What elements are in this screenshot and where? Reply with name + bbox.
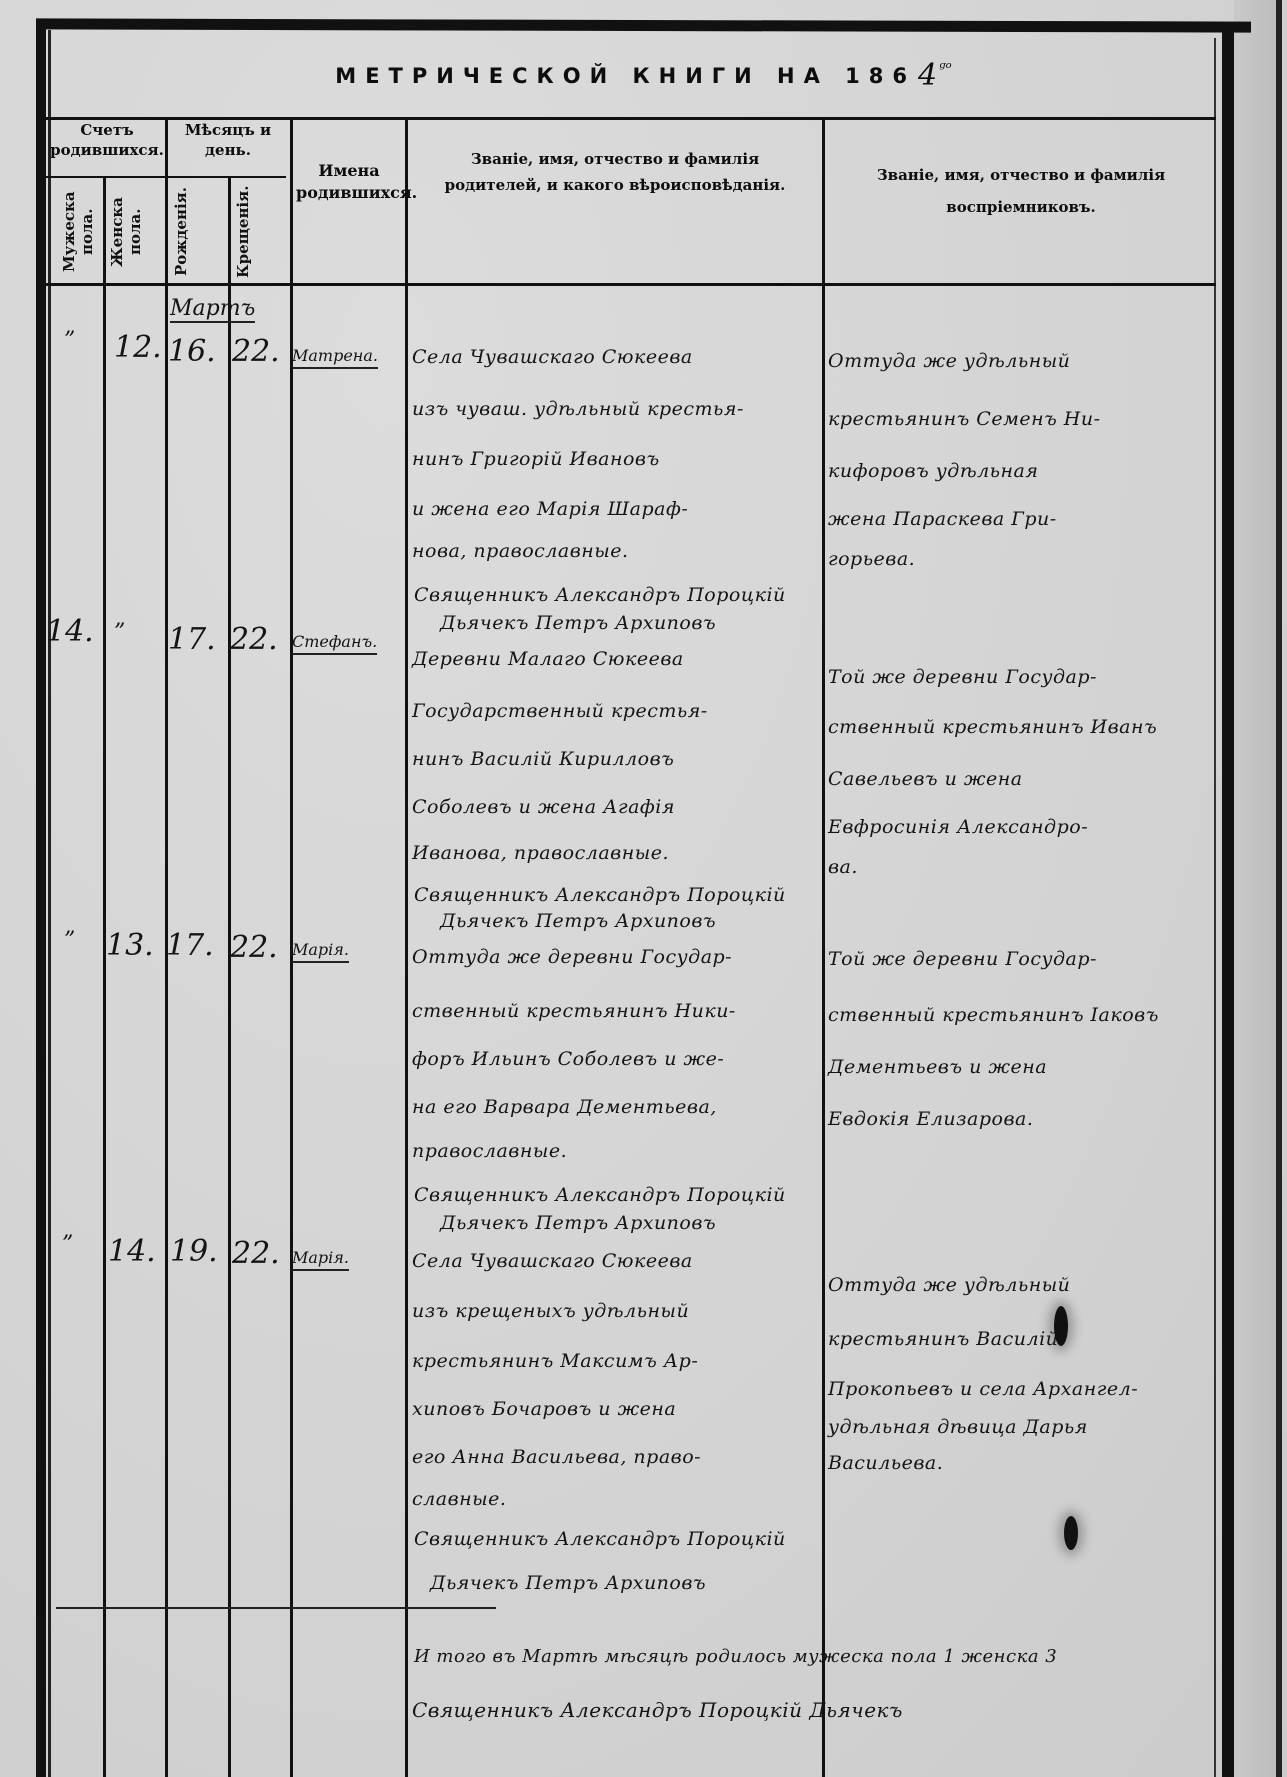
entry-baptism-day: 22. (232, 1236, 280, 1271)
header-parents: Званіе, имя, отчество и фамилія родителе… (420, 146, 810, 199)
entry-baptism-day: 22. (230, 930, 278, 965)
entry-child-name: Матрена. (292, 346, 378, 369)
godparents-line: удѣльная дѣвица Дарья (828, 1416, 1088, 1438)
summary-signatures: Священникъ Александръ Пороцкій Дьячекъ (412, 1698, 903, 1722)
clergy-line: Дьячекъ Петръ Архиповъ (440, 910, 716, 932)
parents-line: Оттуда же деревни Государ- (412, 946, 732, 968)
parents-line: нова, православные. (412, 540, 629, 562)
clergy-line: Дьячекъ Петръ Архиповъ (440, 612, 716, 634)
godparents-line: кифоровъ удѣльная (828, 460, 1038, 482)
godparents-line: Евфросинія Александро- (828, 816, 1088, 838)
parents-line: и жена его Марія Шараф- (412, 498, 688, 520)
page-margin-shade (1234, 0, 1276, 1777)
godparents-line: крестьянинъ Василій (828, 1328, 1058, 1350)
header-count-male: Мужеска пола. (60, 184, 102, 280)
col-rule-male-female (103, 176, 106, 1777)
godparents-line: Той же деревни Государ- (828, 948, 1097, 970)
parents-line: Иванова, православные. (412, 842, 669, 864)
entry-child-name: Стефанъ. (292, 632, 377, 655)
entry-birth-day: 17. (166, 928, 214, 963)
entry-male-count: 14. (46, 614, 94, 649)
clergy-line: Священникъ Александръ Пороцкій (414, 1528, 786, 1550)
godparents-line: горьева. (828, 548, 915, 570)
parents-line: нинъ Григорій Ивановъ (412, 448, 660, 470)
header-date-group: Мѣсяцъ и день. (168, 120, 288, 161)
entry-male-count: ” (62, 1232, 73, 1257)
godparents-line: жена Параскева Гри- (828, 508, 1057, 530)
parents-line: Соболевъ и жена Агафія (412, 796, 675, 818)
ink-blot (1064, 1516, 1078, 1550)
parents-line: Села Чувашскаго Сюкеева (412, 346, 693, 368)
godparents-line: Васильева. (828, 1452, 943, 1474)
entry-baptism-day: 22. (232, 334, 280, 369)
entry-female-count: 13. (106, 928, 154, 963)
parents-line: Села Чувашскаго Сюкеева (412, 1250, 693, 1272)
entry-child-name: Марія. (292, 1248, 349, 1271)
godparents-line: Прокопьевъ и села Архангел- (828, 1378, 1138, 1400)
entry-child-name: Марія. (292, 940, 349, 963)
godparents-line: Той же деревни Государ- (828, 666, 1097, 688)
godparents-line: ва. (828, 856, 858, 878)
header-bottom-rule (46, 283, 1216, 286)
godparents-line: ственный крестьянинъ Іаковъ (828, 1004, 1159, 1026)
summary-totals: И того въ Мартѣ мѣсяцѣ родилось мужеска … (414, 1646, 1057, 1667)
godparents-line: Оттуда же удѣльный (828, 1274, 1070, 1296)
month-label: Мартъ (170, 296, 255, 323)
godparents-line: ственный крестьянинъ Иванъ (828, 716, 1157, 738)
parents-line: на его Варвара Дементьева, (412, 1096, 717, 1118)
parents-line: форъ Ильинъ Соболевъ и же- (412, 1048, 724, 1070)
entry-birth-day: 17. (168, 622, 216, 657)
frame-right-border (1222, 26, 1234, 1777)
parents-line: православные. (412, 1140, 567, 1162)
title-printed: МЕТРИЧЕСКОЙ КНИГИ НА 186 (335, 64, 916, 88)
parents-line: ственный крестьянинъ Ники- (412, 1000, 736, 1022)
godparents-line: Савельевъ и жена (828, 768, 1023, 790)
clergy-line: Священникъ Александръ Пороцкій (414, 584, 786, 606)
parents-line: изъ крещеныхъ удѣльный (412, 1300, 689, 1322)
parents-line: крестьянинъ Максимъ Ар- (412, 1350, 698, 1372)
godparents-line: крестьянинъ Семенъ Ни- (828, 408, 1101, 430)
entry-baptism-day: 22. (230, 622, 278, 657)
page-title: МЕТРИЧЕСКОЙ КНИГИ НА 1864ᵍᵒ (0, 56, 1287, 91)
clergy-line: Священникъ Александръ Пороцкій (414, 1184, 786, 1206)
header-count-female: Женска пола. (108, 184, 162, 280)
parents-line: изъ чуваш. удѣльный крестья- (412, 398, 744, 420)
entry-female-count: 12. (114, 330, 162, 365)
clergy-line: Священникъ Александръ Пороцкій (414, 884, 786, 906)
entry-birth-day: 19. (170, 1234, 218, 1269)
parents-line: Государственный крестья- (412, 700, 708, 722)
header-godparents: Званіе, имя, отчество и фамилія воспріем… (836, 160, 1206, 223)
entry-male-count: ” (64, 928, 75, 953)
ink-blot (1054, 1306, 1068, 1346)
clergy-line: Дьячекъ Петръ Архиповъ (430, 1572, 706, 1594)
parents-line: нинъ Василій Кирилловъ (412, 748, 674, 770)
header-date-baptism: Крещенія. (234, 184, 286, 280)
godparents-line: Евдокія Елизарова. (828, 1108, 1033, 1130)
header-date-birth: Рожденія. (172, 184, 224, 280)
entry-birth-day: 16. (168, 334, 216, 369)
frame-right-inner-border (1214, 38, 1216, 1777)
parents-line: Деревни Малаго Сюкеева (412, 648, 684, 670)
page-edge-line (1276, 0, 1282, 1777)
title-year-suffix: ᵍᵒ (939, 58, 952, 77)
entry-female-count: ” (114, 620, 125, 645)
clergy-line: Дьячекъ Петръ Архиповъ (440, 1212, 716, 1234)
parents-line: его Анна Васильева, право- (412, 1446, 701, 1468)
col-rule-parents-godparents (822, 117, 825, 1777)
entry-female-count: 14. (108, 1234, 156, 1269)
parents-line: хиповъ Бочаровъ и жена (412, 1398, 676, 1420)
header-names: Имена родившихся. (296, 160, 402, 203)
summary-divider (56, 1607, 496, 1609)
header-count-group: Счетъ родившихся. (50, 120, 164, 161)
entry-male-count: ” (64, 328, 75, 353)
title-year-handwritten: 4 (918, 58, 937, 93)
col-rule-birth-baptism (228, 176, 231, 1777)
col-rule-names-parents (405, 117, 408, 1777)
parents-line: славные. (412, 1488, 506, 1510)
frame-left-inner-border (48, 30, 51, 1777)
frame-left-border (36, 22, 46, 1777)
godparents-line: Дементьевъ и жена (828, 1056, 1047, 1078)
godparents-line: Оттуда же удѣльный (828, 350, 1070, 372)
